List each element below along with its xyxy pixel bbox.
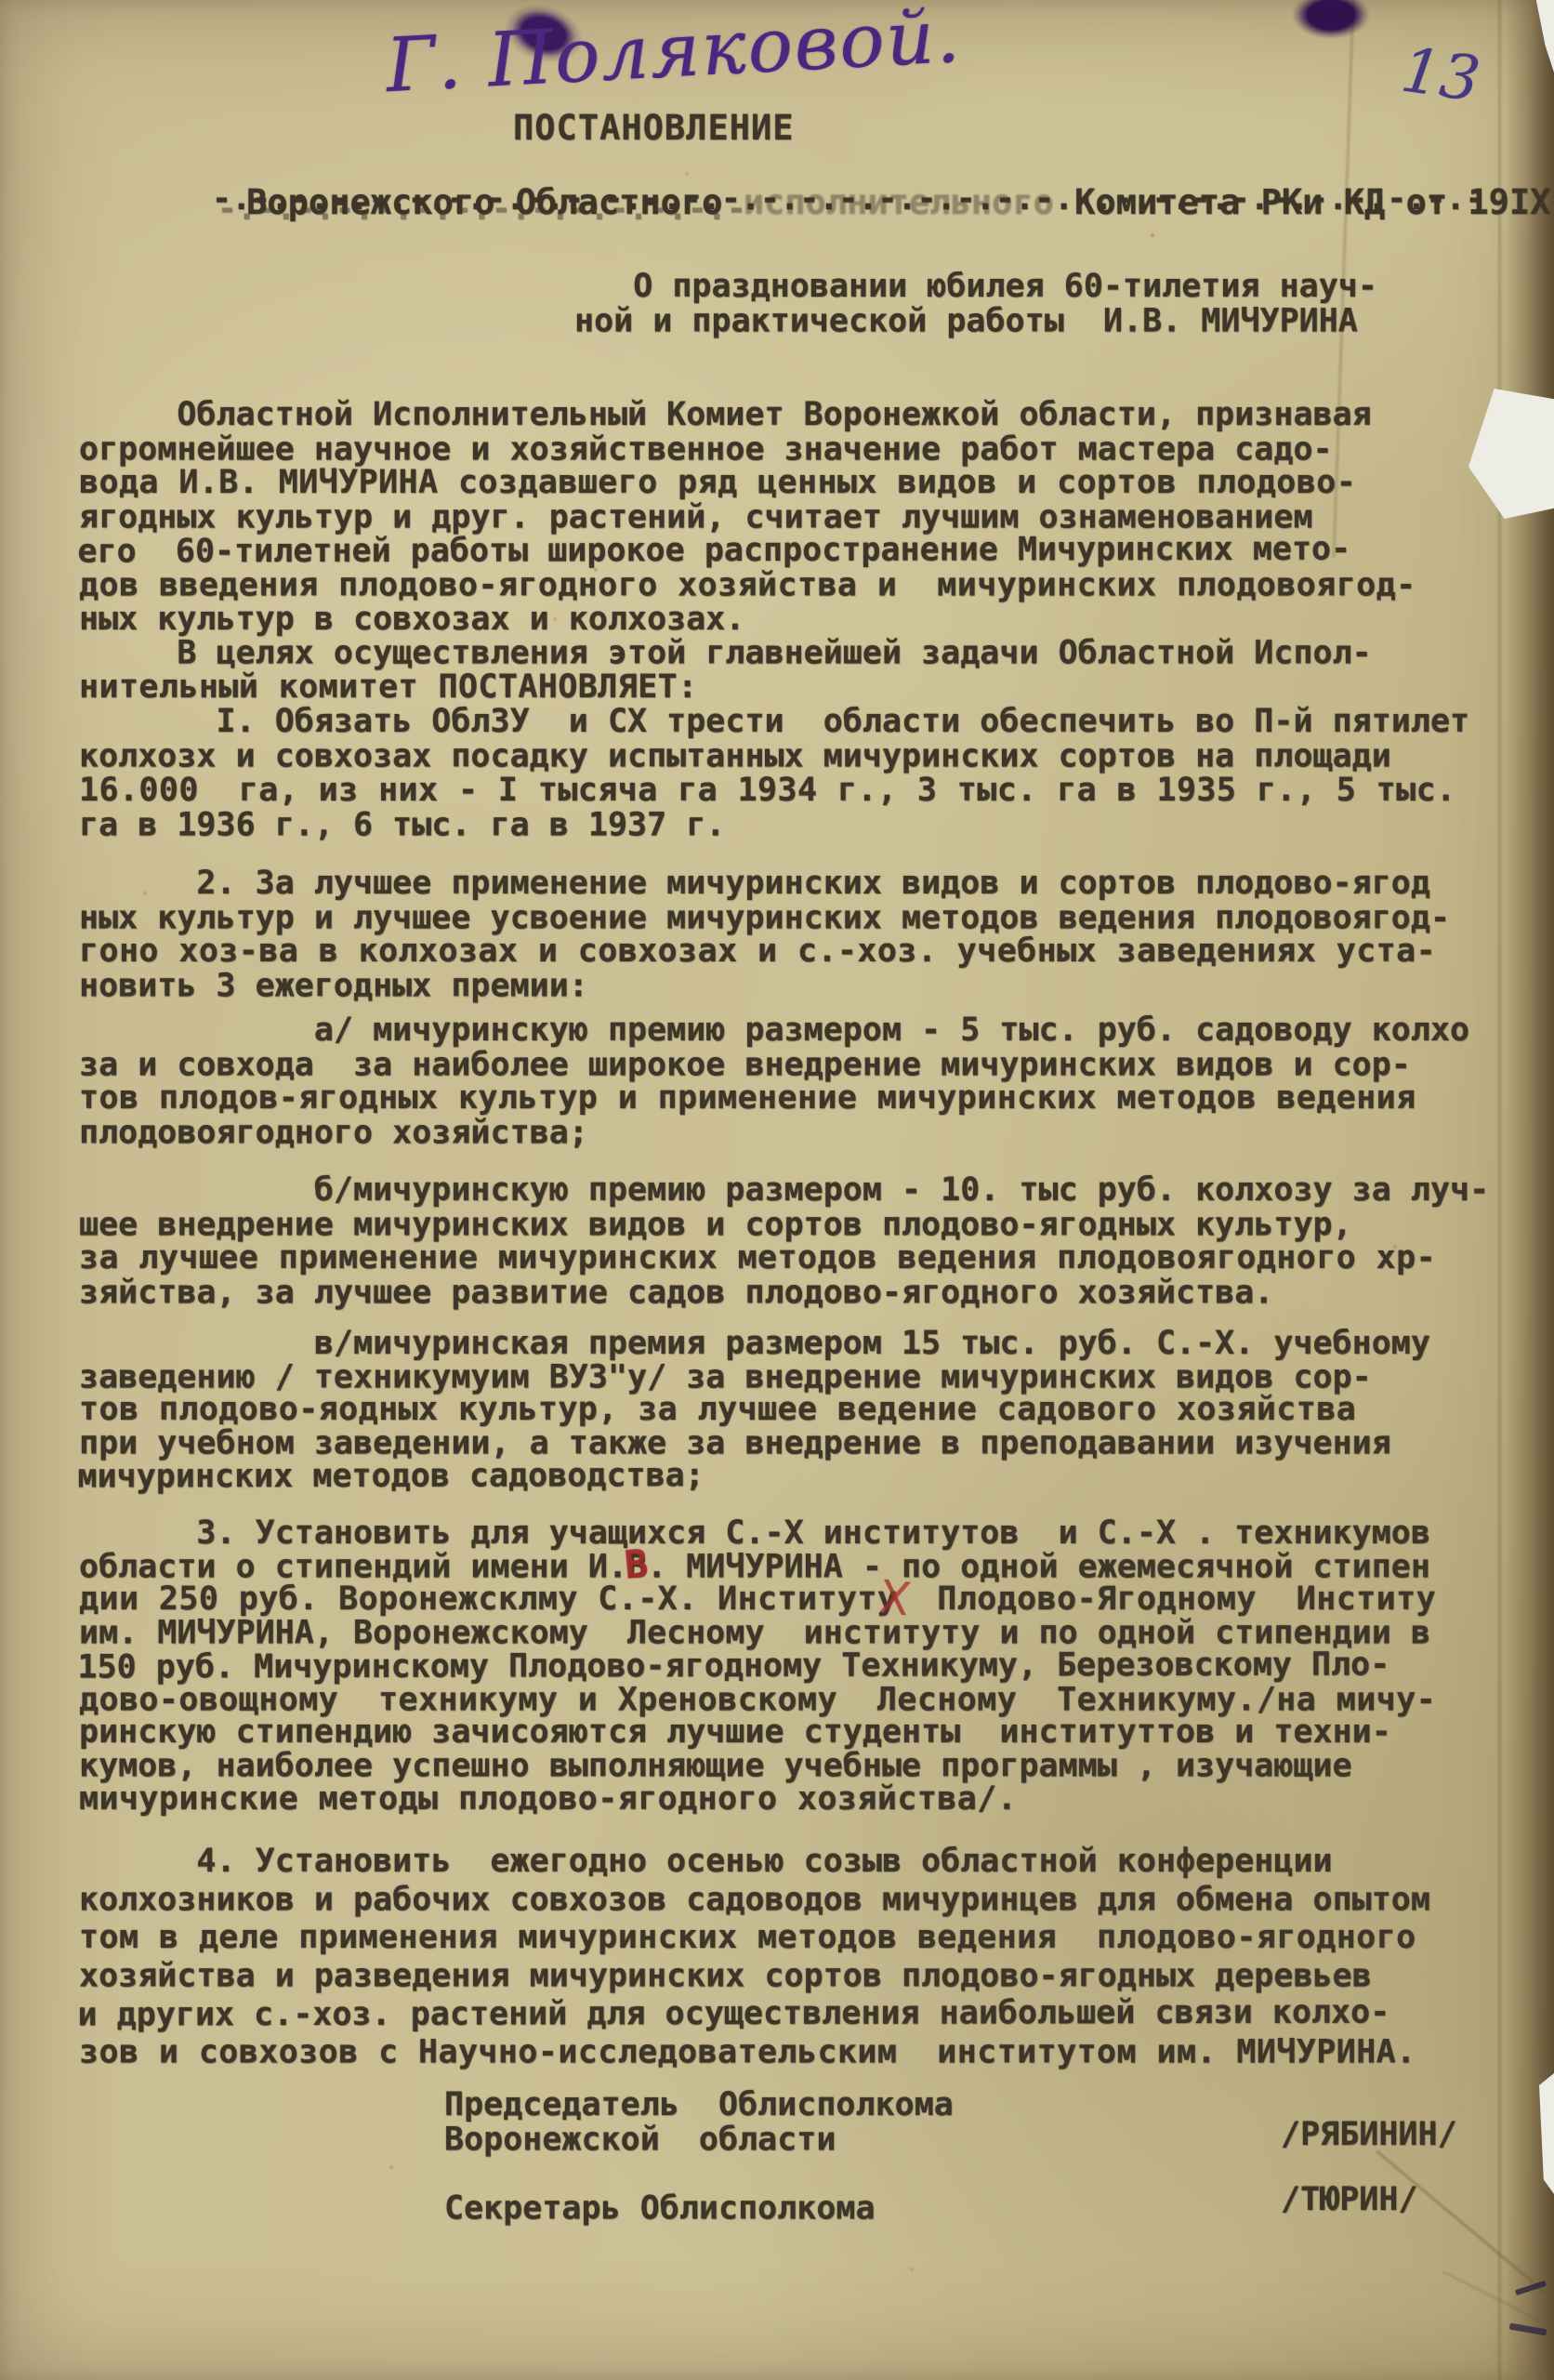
typed-line: тов плодов-ягодных культур и применение … [79, 1081, 1469, 1116]
red-strike-mark [879, 1580, 911, 1616]
typed-line: зов и совхозов с Научно-исследовательски… [79, 2034, 1430, 2072]
typed-line [444, 2157, 954, 2191]
typed-line: в/мичуринская премия размером 15 тыс. ру… [79, 1328, 1430, 1361]
typed-line: тов плодово-яодных культур, за лучшее ве… [79, 1394, 1430, 1427]
typed-line: га в 1936 г., 6 тыс. га в 1937 г. [79, 809, 1469, 843]
item-2v: в/мичуринская премия размером 15 тыс. ру… [79, 1328, 1430, 1493]
typed-line: хозяйства и разведения мичуринских сорто… [79, 1958, 1430, 1996]
typed-line: дии 250 руб. Воронежсклму С.-Х. Институт… [79, 1583, 1436, 1617]
typed-line: ринскую стипендию зачисояются лучшие сту… [79, 1716, 1436, 1750]
typed-line: 3. Установить для учащихся С.-Х институт… [79, 1517, 1436, 1551]
typed-line: гоно хоз-ва в колхозах и совхозах и с.-х… [79, 934, 1450, 969]
item-3: 3. Установить для учащихся С.-Х институт… [79, 1517, 1436, 1816]
document-scan: Г. Поляковой. 13 ПОСТАНОВЛЕНИЕ Воронежск… [0, 0, 1554, 2380]
paper-right-dark-edge [1506, 0, 1554, 2380]
typed-line: области о стипендий имени И.В. МИЧУРИНА … [79, 1551, 1436, 1584]
intro-paragraph: Областной Исполнительный Комиет Воронежк… [79, 398, 1416, 704]
typed-line: плодовоягодного хозяйства; [79, 1116, 1469, 1150]
typed-line: вода И.В. МИЧУРИНА создавшего ряд ценных… [79, 466, 1416, 500]
item-1: I. Обязать ОблЗУ и СХ трести области обе… [79, 705, 1469, 842]
typed-line: б/мичуринскую премию размером - 10. тыс … [79, 1173, 1489, 1208]
torn-paper-gap [1468, 389, 1554, 519]
typed-line: нительный комитет ПОСТАНОВЛЯЕТ: [79, 670, 1416, 705]
typed-line: за и совхода за наиболее широкое внедрен… [79, 1048, 1469, 1082]
typed-line: ягодных культур и друг. растений, считае… [79, 500, 1416, 535]
typed-line: О праздновании юбилея 60-тилетия науч- [574, 270, 1377, 304]
typed-line: 16.000 га, из них - I тысяча га 1934 г.,… [79, 773, 1469, 808]
item-4: 4. Установить ежегодно осенью созыв обла… [79, 1843, 1430, 2071]
handwritten-note: Г. Поляковой. [384, 0, 963, 109]
typed-line: Воронежской области [444, 2123, 954, 2158]
red-correction-letter: В [623, 1540, 650, 1588]
page-number: 13 [1397, 34, 1484, 116]
typed-line: кумов, наиболее успешно выполняющие учеб… [79, 1751, 1436, 1784]
paper-edge-line [1498, 0, 1501, 2380]
ink-blot-corner [1292, 0, 1370, 39]
typed-line: 2. За лучшее применение мичуринских видо… [79, 866, 1450, 901]
typed-line: ной и практической работы И.В. МИЧУРИНА [574, 305, 1377, 339]
typed-line: шее внедрение мичуринских видов и сортов… [79, 1208, 1489, 1242]
typed-line: и других с.-хоз. растений для осуществле… [77, 1993, 1429, 2034]
typed-line: мичуринских методов садоводства; [77, 1458, 1429, 1494]
typed-line: колхозх и совхозах посадку испытанных ми… [79, 740, 1469, 774]
typed-line: при учебном заведении, а также за внедре… [79, 1427, 1430, 1461]
typed-line: зяйства, за лучшее развитие садов плодов… [79, 1276, 1489, 1310]
typed-line: Областной Исполнительный Комиет Воронежк… [79, 398, 1416, 432]
typed-line: огромнейшее научное и хозяйственное знач… [79, 432, 1416, 467]
secretary-signature: /ТЮРИН/ [1281, 2181, 1418, 2218]
typed-line: заведению / техникумуим ВУЗ"у/ за внедре… [79, 1361, 1430, 1395]
chairman-signature: /РЯБИНИН/ [1281, 2116, 1457, 2153]
typed-line: 4. Установить ежегодно осенью созыв обла… [79, 1843, 1430, 1881]
typed-line: его 60-тилетней работы широкое распростр… [77, 533, 1415, 570]
typed-line: ных культур и лучшее усвоение мичурински… [79, 901, 1450, 935]
subject-block: О праздновании юбилея 60-тилетия науч-но… [574, 270, 1377, 338]
item-2a: а/ мичуринскую премию размером - 5 тыс. … [79, 1013, 1469, 1149]
paper-speckles [0, 0, 2, 2]
item-2b: б/мичуринскую премию размером - 10. тыс … [79, 1173, 1489, 1309]
typed-line: В целях осуществления этой главнейшей за… [79, 637, 1416, 671]
item-2: 2. За лучшее применение мичуринских видо… [79, 866, 1450, 1002]
typed-line: колхозников и рабочих совхозов садоводов… [79, 1882, 1430, 1920]
typed-line: мичуринские методы плодово-ягодного хозя… [79, 1783, 1436, 1817]
typed-line: I. Обязать ОблЗУ и СХ трести области обе… [79, 705, 1469, 739]
typed-line: 150 руб. Мичуринскому Плодово-ягодному Т… [77, 1648, 1434, 1685]
typed-line: а/ мичуринскую премию размером - 5 тыс. … [79, 1013, 1469, 1048]
typed-line: том в деле применения мичуринских методо… [79, 1919, 1430, 1957]
typed-line: ных культур в совхозах и колхозах. [79, 602, 1416, 637]
typed-line: Председатель Облисполкома [444, 2088, 954, 2122]
typed-line: новить 3 ежегодных премии: [79, 969, 1450, 1003]
typed-line: дово-овощному техникуму и Хреновскому Ле… [79, 1684, 1436, 1717]
signature-titles: Председатель ОблисполкомаВоронежской обл… [444, 2088, 954, 2226]
dashed-separator-overstrike: -.-.-.-.-.-.-.-.-.-.-.-.-.- [217, 191, 746, 228]
typed-line: Секретарь Облисполкома [444, 2192, 954, 2227]
typed-line: дов введения плодово-ягодного хозяйства … [79, 569, 1416, 603]
typed-line: за лучшее применение мичуринских методов… [79, 1241, 1489, 1276]
